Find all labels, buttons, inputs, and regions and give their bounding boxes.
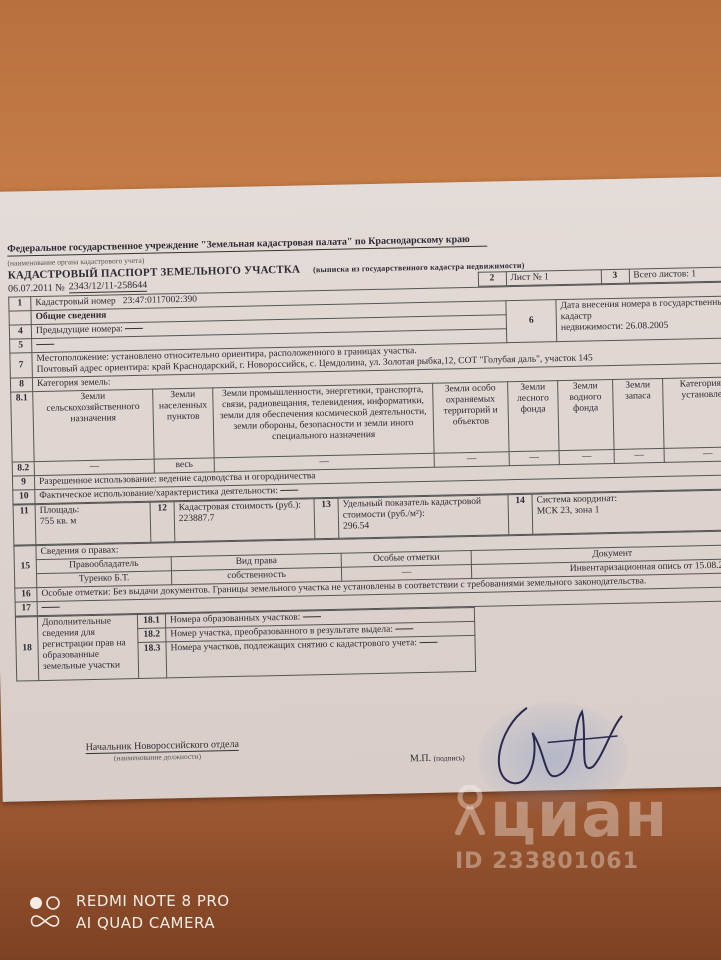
total-field-num: 3 xyxy=(601,269,629,284)
rights-table: 15 Сведения о правах: Правообладатель Ви… xyxy=(13,530,721,616)
additional-info-label: Дополнительные сведения для регистрации … xyxy=(37,615,138,681)
category-value: весь xyxy=(154,458,214,473)
row-num: 8 xyxy=(10,378,32,392)
empty-dash xyxy=(395,629,413,630)
area-value: 755 кв. м xyxy=(40,515,146,528)
stamp-label: М.П. xyxy=(410,753,431,764)
row-num: 13 xyxy=(314,498,339,538)
row-num: 8.1 xyxy=(11,392,34,462)
row-num: 16 xyxy=(15,588,37,602)
signature-caption: (подпись) xyxy=(433,753,464,763)
category-header: Земли лесного фонда xyxy=(508,381,559,452)
previous-numbers-label: Предыдущие номера: xyxy=(36,324,123,336)
total-sheets: Всего листов: 1 xyxy=(629,267,721,283)
row-num: 11 xyxy=(13,505,36,545)
row-num: 18.2 xyxy=(138,628,166,643)
row-num: 18 xyxy=(15,617,38,681)
row-num: 14 xyxy=(508,494,533,534)
category-value: — xyxy=(664,447,721,463)
camera-model: REDMI NOTE 8 PRO xyxy=(76,890,230,912)
row-num: 6 xyxy=(506,300,557,343)
row-num: 15 xyxy=(14,546,37,588)
empty-dash xyxy=(303,616,321,617)
cian-watermark: циан ID 233801061 xyxy=(455,785,668,874)
stamp-signature-label: М.П. (подпись) xyxy=(410,752,465,764)
cadastral-number-value: 23:47:0117002:390 xyxy=(123,295,197,307)
sheet-field-num: 2 xyxy=(478,272,506,287)
empty-dash xyxy=(280,490,298,491)
location-pin-icon xyxy=(455,785,485,835)
main-table: 1 Кадастровый номер 23:47:0117002:390 Об… xyxy=(8,281,721,504)
additional-table: 18 Дополнительные сведения для регистрац… xyxy=(15,607,476,682)
row-num: 8.2 xyxy=(12,462,34,476)
doc-number: 2343/12/11-258644 xyxy=(69,279,148,293)
category-header: Земли промышленности, энергетики, трансп… xyxy=(213,383,434,458)
row-num: 18.1 xyxy=(137,614,165,629)
quad-camera-icon xyxy=(28,895,62,929)
category-header: Земли населенных пунктов xyxy=(153,388,214,459)
category-header: Земли особо охраняемых территорий и объе… xyxy=(433,382,509,454)
specific-value: 296.54 xyxy=(343,518,504,532)
formed-plots: Номера образованных участков: xyxy=(170,613,301,626)
camera-watermark: REDMI NOTE 8 PRO AI QUAD CAMERA xyxy=(28,890,230,934)
sheet-label: Лист № 1 xyxy=(506,270,601,286)
row-num: 17 xyxy=(15,602,37,616)
category-value: — xyxy=(614,448,664,463)
row-num: 10 xyxy=(13,490,35,504)
row-num: 18.3 xyxy=(138,642,167,679)
category-header: Земли запаса xyxy=(613,378,664,449)
cadastral-passport: Федеральное государственное учреждение "… xyxy=(7,228,721,681)
removed-plots: Номера участков, подлежащих снятию с кад… xyxy=(170,638,417,653)
empty-dash xyxy=(125,328,143,329)
row-num: 4 xyxy=(9,325,31,339)
cadastral-number-label: Кадастровый номер xyxy=(35,296,116,308)
doc-date: 06.07.2011 xyxy=(8,282,53,294)
row-num: 12 xyxy=(150,502,175,542)
row-num: 5 xyxy=(10,339,32,353)
row-num: 9 xyxy=(12,476,34,490)
registration-date-label: Дата внесения номера в государственный к… xyxy=(560,297,721,323)
cadastral-value: 223887.7 xyxy=(179,511,310,525)
cadastral-passport-paper: Федеральное государственное учреждение "… xyxy=(0,176,721,802)
watermark-id: ID 233801061 xyxy=(455,849,668,874)
empty-dash xyxy=(36,344,54,345)
category-value: — xyxy=(559,449,614,464)
position-caption: (наименование должности) xyxy=(114,751,240,763)
empty-dash xyxy=(419,642,437,643)
number-prefix: № xyxy=(55,282,65,293)
category-header: Земли сельскохозяйственного назначения xyxy=(33,389,154,461)
camera-caption: AI QUAD CAMERA xyxy=(76,912,230,934)
signatory-block: Начальник Новороссийского отдела (наимен… xyxy=(86,739,240,763)
watermark-brand: циан xyxy=(490,785,668,845)
row-num: 7 xyxy=(10,353,33,378)
category-header: Категория не установлена xyxy=(663,377,721,449)
empty-dash xyxy=(42,607,60,608)
category-value: — xyxy=(509,451,559,466)
row-num: 1 xyxy=(9,297,31,311)
category-header: Земли водного фонда xyxy=(558,380,614,451)
